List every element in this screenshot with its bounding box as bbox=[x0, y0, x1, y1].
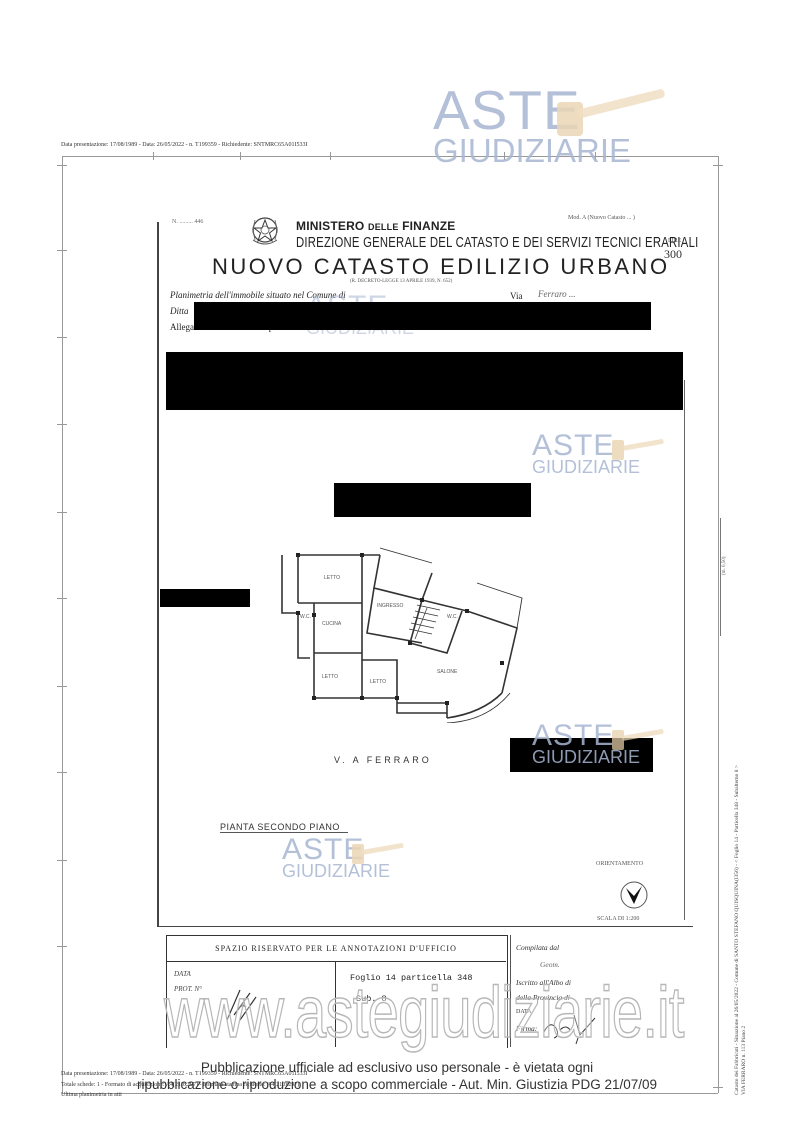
frame-left-border bbox=[62, 156, 63, 1093]
compilata-value: Geom. bbox=[540, 960, 560, 969]
gavel-icon bbox=[350, 838, 406, 868]
frame-tick bbox=[57, 165, 67, 166]
frame-tick bbox=[153, 152, 154, 160]
svg-text:CUCINA: CUCINA bbox=[322, 621, 342, 627]
frame-tick bbox=[57, 860, 67, 861]
document-bottom-border bbox=[157, 926, 693, 927]
via-label: Via bbox=[510, 291, 522, 301]
frame-tick bbox=[330, 152, 331, 160]
frame-tick bbox=[57, 512, 67, 513]
watermark-aste-giudiziarie: ASTE GIUDIZIARIE bbox=[532, 432, 640, 475]
footer-line3: Ultima planimetria in atti bbox=[61, 1092, 122, 1098]
side-note-line1: Catasto dei Fabbricati - Situazione al 2… bbox=[734, 765, 741, 1095]
orientation-label: ORIENTAMENTO bbox=[596, 861, 643, 867]
scale-label: SCALA DI 1:200 bbox=[597, 916, 639, 922]
svg-text:W.C.: W.C. bbox=[300, 614, 311, 620]
redaction-left-label bbox=[160, 589, 250, 607]
via-value: Ferraro ... bbox=[538, 289, 576, 299]
italian-republic-emblem-icon bbox=[249, 212, 281, 248]
room-label: LETTO bbox=[324, 575, 340, 581]
frame-tick bbox=[57, 250, 67, 251]
price-value: 300 bbox=[664, 247, 682, 262]
frame-tick bbox=[57, 686, 67, 687]
svg-text:W.C.: W.C. bbox=[447, 614, 458, 620]
watermark-aste-giudiziarie: ASTE GIUDIZIARIE bbox=[532, 722, 640, 765]
svg-text:LETTO: LETTO bbox=[370, 679, 386, 685]
frame-tick bbox=[57, 598, 67, 599]
svg-text:INGRESSO: INGRESSO bbox=[377, 603, 404, 609]
side-cadastral-note: Catasto dei Fabbricati - Situazione al 2… bbox=[734, 765, 748, 1095]
header-note: Data presentazione: 17/08/1989 - Data: 2… bbox=[61, 142, 308, 148]
compilata-label: Compilata dal bbox=[516, 943, 559, 952]
frame-tick bbox=[57, 772, 67, 773]
street-label: V. A FERRARO bbox=[334, 755, 432, 765]
floor-label: PIANTA SECONDO PIANO bbox=[220, 822, 348, 833]
frame-tick bbox=[57, 424, 67, 425]
redaction-address-block bbox=[166, 352, 683, 410]
redaction-owner bbox=[194, 302, 651, 330]
publication-notice-line2: ripubblicazione o riproduzione a scopo c… bbox=[0, 1077, 794, 1092]
floor-plan: LETTO W.C. CUCINA LETTO LETTO INGRESSO W… bbox=[262, 543, 527, 723]
frame-bottom-border bbox=[62, 1093, 718, 1094]
publication-notice-line1: Pubblicazione ufficiale ad esclusivo uso… bbox=[0, 1060, 794, 1075]
model-label: Mod. A (Nuovo Catasto ... ) bbox=[568, 215, 635, 221]
redaction-title bbox=[334, 483, 531, 517]
document-left-border bbox=[157, 222, 159, 927]
watermark-aste-giudiziarie: ASTE GIUDIZIARIE bbox=[282, 836, 390, 879]
gavel-icon bbox=[610, 434, 666, 464]
frame-tick bbox=[713, 165, 723, 166]
svg-text:SALONE: SALONE bbox=[437, 669, 458, 675]
form-ref-number: N. ......... 446 bbox=[172, 219, 203, 225]
site-watermark: www.astegiudiziarie.it bbox=[164, 972, 684, 1054]
price-label: LIRE bbox=[668, 238, 681, 244]
ministry-delle: DELLE bbox=[368, 222, 399, 232]
frame-tick bbox=[240, 152, 241, 160]
document-right-border bbox=[684, 380, 685, 920]
gavel-icon bbox=[610, 724, 666, 754]
gavel-icon bbox=[551, 88, 671, 140]
dimension-label: (m. 0,50) bbox=[722, 557, 727, 575]
document-title: NUOVO CATASTO EDILIZIO URBANO bbox=[212, 254, 670, 280]
ditta-label: Ditta bbox=[170, 306, 189, 316]
svg-text:LETTO: LETTO bbox=[322, 674, 338, 680]
north-arrow-icon bbox=[619, 880, 649, 910]
annotations-title: SPAZIO RISERVATO PER LE ANNOTAZIONI D'UF… bbox=[166, 937, 506, 962]
direction-title: DIREZIONE GENERALE DEL CATASTO E DEI SER… bbox=[296, 235, 698, 251]
ministry-suffix: FINANZE bbox=[402, 219, 455, 233]
dimension-line bbox=[720, 518, 721, 636]
side-note-line2: VIA FERRARO n. 113 Piano 2 bbox=[741, 765, 748, 1095]
frame-tick bbox=[57, 337, 67, 338]
ministry-name: MINISTERO DELLE FINANZE bbox=[296, 219, 455, 233]
decree-reference: (R. DECRETO-LEGGE 13 APRILE 1939, N. 652… bbox=[350, 279, 452, 284]
frame-tick bbox=[57, 946, 67, 947]
watermark-aste-giudiziarie-header: ASTE GIUDIZIARIE bbox=[433, 86, 631, 165]
ministry-prefix: MINISTERO bbox=[296, 219, 364, 233]
frame-right-border bbox=[718, 156, 719, 1093]
